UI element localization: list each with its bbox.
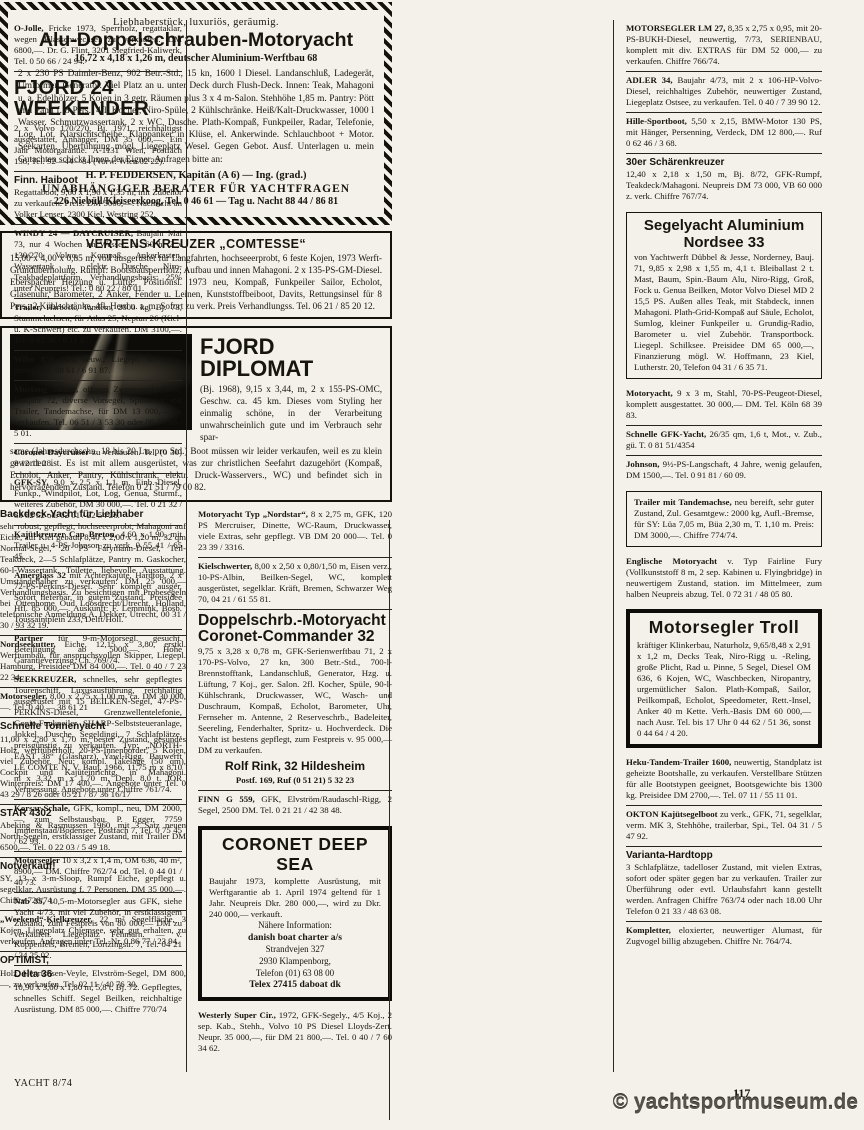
- classified-ad: Wibo 850 MS, neuw., Liegepl. n. Adria, p…: [14, 350, 182, 380]
- boxed-ad: Trailer mit Tandemachse, neu bereift, se…: [626, 491, 822, 547]
- classified-ad: Englische Motoryacht v. Typ Fairline Fur…: [626, 553, 822, 604]
- classified-ad: Delta 3610,90 x 3,00 x 1,80 m, 5,8 t, Bj…: [14, 965, 182, 1018]
- ad-lead: Coronet Daycruiser: [14, 447, 92, 457]
- ad-lead: Westerly Super Cir.,: [198, 1010, 279, 1020]
- classified-ad: OKTON Kajütsegelboot zu verk., GFK, 71, …: [626, 805, 822, 846]
- ad-body: Johnson, 9½-PS-Langschaft, 4 Jahre, weni…: [626, 459, 822, 481]
- classified-ad: Johnson, 9½-PS-Langschaft, 4 Jahre, weni…: [626, 455, 822, 485]
- ad-body: OKTON Kajütsegelboot zu verk., GFK, 71, …: [626, 809, 822, 842]
- ad-body: Trailer, Harbeck, Tandem, 2000 kg, Bj. 7…: [14, 302, 182, 346]
- ad-body: Motoryacht Typ „Nordstar“, 8 x 2,75 m, G…: [198, 509, 392, 553]
- classified-ad: Heku-Tandem-Trailer 1600, neuwertig, Sta…: [626, 754, 822, 805]
- boxed-ad: CORONET DEEP SEABaujahr 1973, komplette …: [198, 826, 392, 1001]
- classifieds-column-3: Motoryacht Typ „Nordstar“, 8 x 2,75 m, G…: [198, 506, 392, 1058]
- ad-body: Regattaboot, 9,60 x 1,96 x 1,35 m, mit Z…: [14, 187, 182, 220]
- ad-body: 2 x Volvo 170/270, Bj. 1971, reichhaltig…: [14, 123, 182, 167]
- ad-lead: Englische Motoryacht: [626, 556, 727, 566]
- boxed-ad-line: danish boat charter a/s: [209, 932, 381, 944]
- column-rule: [186, 20, 187, 1072]
- ad-body: (Bj. 1968), 9,15 x 3,44, m, 2 x 155-PS-O…: [200, 384, 382, 444]
- column-rule: [389, 520, 390, 1120]
- ad-body: ADLER 34, Baujahr 4/73, mit 2 x 106-HP-V…: [626, 75, 822, 108]
- ad-body: 12,40 x 2,18 x 1,50 m, Bj. 8/72, GFK-Rum…: [626, 169, 822, 202]
- classified-ad: Westerly Super Cir., 1972, GFK-Segely., …: [198, 1007, 392, 1058]
- classified-ad: ADLER 34, Baujahr 4/73, mit 2 x 106-HP-V…: [626, 71, 822, 112]
- classifieds-column-4: MOTORSEGLER LM 27, 8,35 x 2,75 x 0,95, m…: [626, 20, 822, 951]
- classified-ad: Doppelschrb.-MotoryachtCoronet-Commander…: [198, 609, 392, 790]
- ad-title: FJORD DIPLOMAT: [200, 336, 382, 380]
- ad-body: Partner für 9-m-Motorsegl. gesucht. Bete…: [14, 633, 182, 666]
- classified-ad: Mustang Junior, offenes Zweimannkielboot…: [14, 380, 182, 443]
- classified-ad: GFK-SY, 9,0 x 2,5 x 1,1 m, Einb.-Diesel,…: [14, 473, 182, 525]
- ad-body: Kompletter, eloxierter, neuwertiger Alum…: [626, 925, 822, 947]
- ad-body: Amerglass 32 mit Achterkajüte, Hardtop, …: [14, 570, 182, 625]
- ad-body: von Yachtwerft Dübbel & Jesse, Norderney…: [634, 252, 814, 373]
- ad-headline: Doppelschrb.-Motoryacht: [198, 613, 392, 630]
- ad-body: MOTORSEGLER LM 27, 8,35 x 2,75 x 0,95, m…: [626, 23, 822, 67]
- boxed-ad-line: 2930 Klampenborg,: [209, 956, 381, 968]
- column-rule: [613, 20, 614, 1072]
- boxed-ad-title: Segelyacht Aluminium: [634, 218, 814, 235]
- ad-body: O-Jolle, Fricke 1973, Sperrholz, regatta…: [14, 23, 182, 67]
- classified-ad: Korsar-Schale, GFK, kompl., neu, DM 2000…: [14, 799, 182, 851]
- classified-ad: Kajütkreuzer Cap Breton, 4,60 x 1,90, mi…: [14, 525, 182, 566]
- classified-ad: Kielschwerter, 8,00 x 2,50 x 0,80/1,50 m…: [198, 557, 392, 609]
- ad-body: Korsar-Schale, GFK, kompl., neu, DM 2000…: [14, 803, 182, 847]
- ad-lead: Amerglass 32: [14, 570, 69, 580]
- classified-ad: Motoryacht, 9 x 3 m, Stahl, 70-PS-Peugeo…: [626, 385, 822, 425]
- classifieds-column-1: O-Jolle, Fricke 1973, Sperrholz, regatta…: [14, 20, 182, 1019]
- ad-body: 10,90 x 3,00 x 1,80 m, 5,8 t, Bj. 72. Ge…: [14, 982, 182, 1015]
- boxed-ad-line: Strandvejen 327: [209, 944, 381, 956]
- classified-ad: FJORD 24 WEEKENDER2 x Volvo 170/270, Bj.…: [14, 71, 182, 171]
- ad-lead: Mustang Junior,: [14, 384, 83, 394]
- ad-lead: Kajütkreuzer Cap Breton,: [14, 529, 121, 539]
- ad-body: Coronet Daycruiser zu verkaufen. Tel. (0…: [14, 447, 182, 469]
- boxed-ad-title: CORONET DEEP SEA: [209, 835, 381, 874]
- classified-ad: FINN G 559, GFK, Elvström/Raudaschl-Rigg…: [198, 790, 392, 820]
- ad-lead: Heku-Tandem-Trailer 1600,: [626, 757, 734, 767]
- classified-ad: Motoryacht Typ „Nordstar“, 8 x 2,75 m, G…: [198, 506, 392, 557]
- magazine-classifieds-page: O-Jolle, Fricke 1973, Sperrholz, regatta…: [0, 0, 864, 1130]
- ad-headline: Coronet-Commander 32: [198, 629, 392, 646]
- watermark: © yachtsportmuseum.de: [613, 1090, 858, 1116]
- classified-ad: Finn. HaibootRegattaboot, 9,60 x 1,96 x …: [14, 171, 182, 224]
- ad-headline: Delta 36: [14, 969, 182, 982]
- ad-lead: ADLER 34,: [626, 75, 677, 85]
- ad-lead: Korsar-Schale,: [14, 803, 73, 813]
- classified-ad: 30er Schärenkreuzer12,40 x 2,18 x 1,50 m…: [626, 153, 822, 206]
- ad-body: Englische Motoryacht v. Typ Fairline Fur…: [626, 556, 822, 600]
- ad-lead: OKTON Kajütsegelboot: [626, 809, 720, 819]
- ad-body: SEEKREUZER, schnelles, sehr gepflegtes T…: [14, 674, 182, 795]
- magazine-issue-label: YACHT 8/74: [14, 1078, 72, 1091]
- ad-body: Trailer mit Tandemachse, neu bereift, se…: [634, 497, 814, 541]
- classified-ad: Trailer, Harbeck, Tandem, 2000 kg, Bj. 7…: [14, 298, 182, 350]
- ad-lead: Johnson,: [626, 459, 663, 469]
- ad-lead: O-Jolle,: [14, 23, 49, 33]
- ad-lead: Nab 35,: [14, 896, 49, 906]
- ad-body: Kajütkreuzer Cap Breton, 4,60 x 1,90, mi…: [14, 529, 182, 562]
- ad-lead: Hille-Sportboot,: [626, 116, 691, 126]
- classified-ad: Schnelle GFK-Yacht, 26/35 qm, 1,6 t, Mot…: [626, 425, 822, 455]
- ad-lead: Trailer mit Tandemachse,: [634, 497, 735, 507]
- ad-lead: FINN G 559,: [198, 794, 261, 804]
- ad-body: GFK-SY, 9,0 x 2,5 x 1,1 m, Einb.-Diesel,…: [14, 477, 182, 521]
- ad-body: Heku-Tandem-Trailer 1600, neuwertig, Sta…: [626, 757, 822, 801]
- classified-ad: MOTORSEGLER LM 27, 8,35 x 2,75 x 0,95, m…: [626, 20, 822, 71]
- classified-ad: Partner für 9-m-Motorsegl. gesucht. Bete…: [14, 629, 182, 670]
- ad-body: 3 Schlafplätze, tadelloser Zustand, mit …: [626, 862, 822, 917]
- ad-body: Wibo 850 MS, neuw., Liegepl. n. Adria, p…: [14, 354, 182, 376]
- classified-ad: O-Jolle, Fricke 1973, Sperrholz, regatta…: [14, 20, 182, 71]
- ad-headline: Varianta-Hardtopp: [626, 850, 822, 863]
- ad-headline: 30er Schärenkreuzer: [626, 157, 822, 170]
- ad-lead: Schnelle GFK-Yacht,: [626, 429, 710, 439]
- classified-ad: Nab 35, 10,5-m-Motorsegler aus GFK, sieh…: [14, 892, 182, 966]
- ad-body: Mustang Junior, offenes Zweimannkielboot…: [14, 384, 182, 439]
- ad-lead: GFK-SY,: [14, 477, 54, 487]
- ad-lead: Kompletter,: [626, 925, 679, 935]
- ad-body: Westerly Super Cir., 1972, GFK-Segely., …: [198, 1010, 392, 1054]
- ad-lead: Partner: [14, 633, 58, 643]
- classified-ad: Coronet Daycruiser zu verkaufen. Tel. (0…: [14, 443, 182, 473]
- ad-body: Nab 35, 10,5-m-Motorsegler aus GFK, sieh…: [14, 896, 182, 962]
- ad-lead: Kielschwerter,: [198, 561, 255, 571]
- ad-body: FINN G 559, GFK, Elvström/Raudaschl-Rigg…: [198, 794, 392, 816]
- ad-signature: Rolf Rink, 32 Hildesheim: [198, 759, 392, 774]
- ad-body: 9,75 x 3,28 x 0,78 m, GFK-Serienwerftbau…: [198, 646, 392, 756]
- classified-ad: Motorsegler 10 x 3,2 x 1,4 m, OM 636, 40…: [14, 851, 182, 892]
- boxed-ad-title: Motorsegler Troll: [637, 618, 811, 638]
- boxed-ad-title: Nordsee 33: [634, 235, 814, 252]
- classified-ad: SEEKREUZER, schnelles, sehr gepflegtes T…: [14, 670, 182, 799]
- boxed-ad: Motorsegler Trollkräftiger Klinkerbau, N…: [626, 609, 822, 747]
- ad-lead: Trailer,: [14, 302, 46, 312]
- ad-body: Schnelle GFK-Yacht, 26/35 qm, 1,6 t, Mot…: [626, 429, 822, 451]
- boxed-ad-line: Nähere Information:: [209, 920, 381, 932]
- ad-lead: SEEKREUZER,: [14, 674, 83, 684]
- classified-ad: Kompletter, eloxierter, neuwertiger Alum…: [626, 921, 822, 951]
- classified-ad: Varianta-Hardtopp3 Schlafplätze, tadello…: [626, 846, 822, 921]
- classified-ad: WINDY 24 — DAYCRUISER, Baujahr Mai 73, n…: [14, 224, 182, 298]
- ad-body: Baujahr 1973, komplette Ausrüstung, mit …: [209, 876, 381, 920]
- ad-text-block: FJORD DIPLOMAT (Bj. 1968), 9,15 x 3,44, …: [200, 334, 382, 444]
- ad-body: Motorsegler 10 x 3,2 x 1,4 m, OM 636, 40…: [14, 855, 182, 888]
- ad-lead: Motoryacht,: [626, 388, 677, 398]
- classified-ad: Hille-Sportboot, 5,50 x 2,15, BMW-Motor …: [626, 112, 822, 153]
- ad-body: Hille-Sportboot, 5,50 x 2,15, BMW-Motor …: [626, 116, 822, 149]
- ad-lead: Motoryacht Typ „Nordstar“,: [198, 509, 311, 519]
- boxed-ad-line: Telefon (01) 63 08 00: [209, 968, 381, 980]
- ad-lead: MOTORSEGLER LM 27,: [626, 23, 728, 33]
- ad-body: WINDY 24 — DAYCRUISER, Baujahr Mai 73, n…: [14, 228, 182, 294]
- ad-lead: Wibo 850 MS,: [14, 354, 82, 364]
- ad-body: kräftiger Klinkerbau, Naturholz, 9,65/8,…: [637, 640, 811, 739]
- ad-lead: Motorsegler: [14, 855, 62, 865]
- ad-lead: WINDY 24 — DAYCRUISER,: [14, 228, 137, 238]
- ad-headline: Finn. Haiboot: [14, 175, 182, 188]
- boxed-ad-line: Telex 27415 daboat dk: [209, 979, 381, 991]
- boxed-ad: Segelyacht AluminiumNordsee 33von Yachtw…: [626, 212, 822, 378]
- classified-ad: Amerglass 32 mit Achterkajüte, Hardtop, …: [14, 566, 182, 629]
- ad-signature: Postf. 169, Ruf (0 51 21) 5 32 23: [198, 775, 392, 786]
- ad-headline: FJORD 24 WEEKENDER: [14, 75, 182, 123]
- ad-body: Motoryacht, 9 x 3 m, Stahl, 70-PS-Peugeo…: [626, 388, 822, 421]
- ad-body: Kielschwerter, 8,00 x 2,50 x 0,80/1,50 m…: [198, 561, 392, 605]
